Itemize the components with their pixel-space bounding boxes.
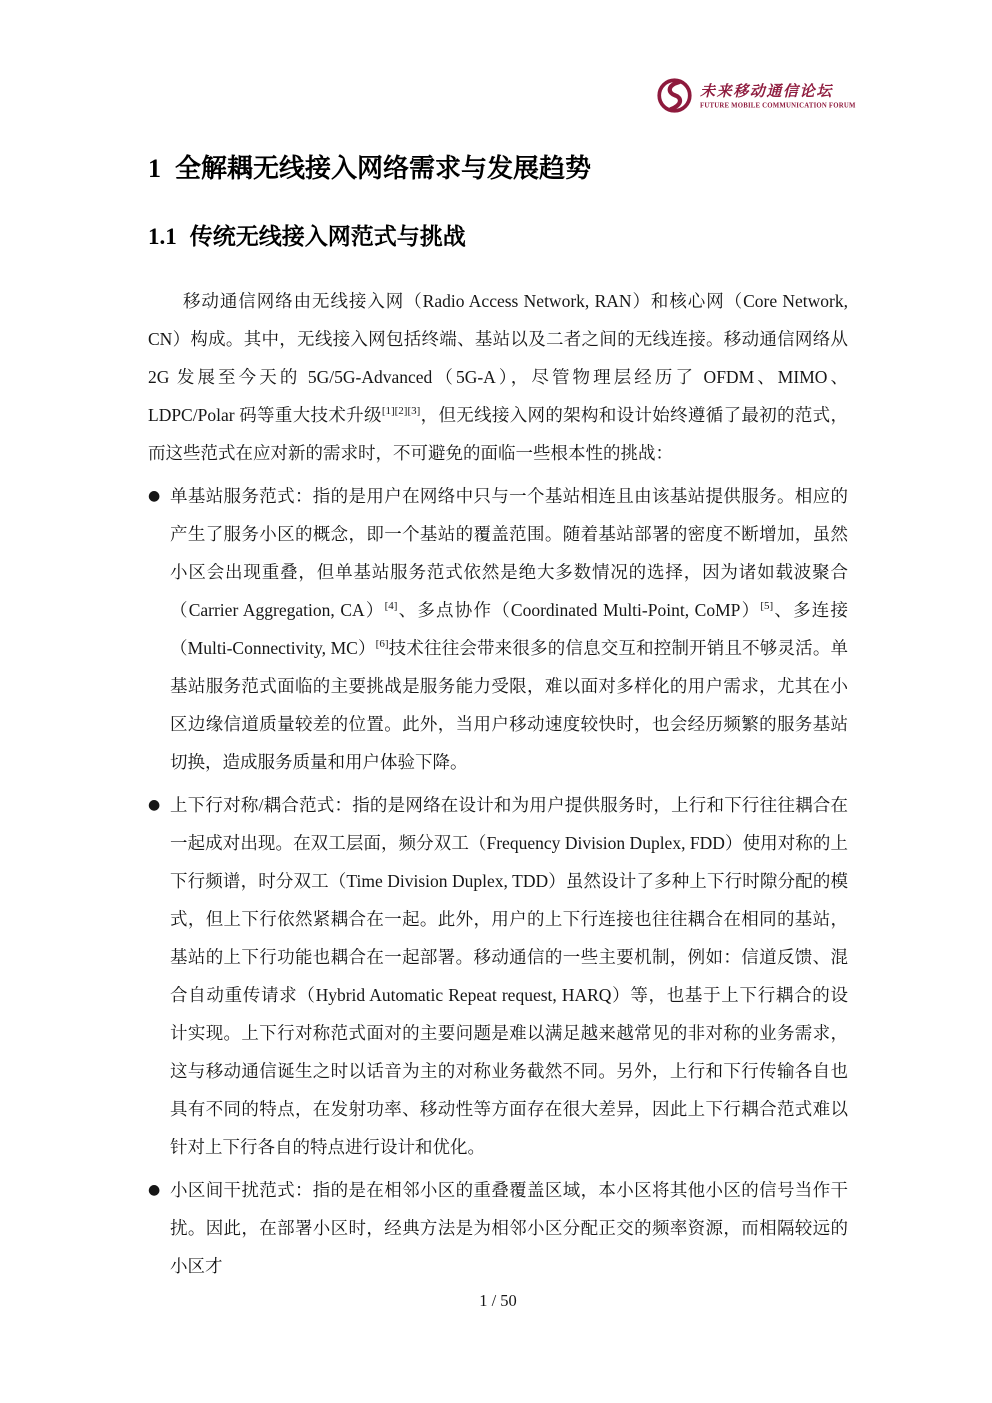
page-content: 1全解耦无线接入网络需求与发展趋势 1.1传统无线接入网范式与挑战 移动通信网络… xyxy=(148,0,848,1285)
intro-paragraph: 移动通信网络由无线接入网（Radio Access Network, RAN）和… xyxy=(148,282,848,472)
bullet-item: ●上下行对称/耦合范式：指的是网络在设计和为用户提供服务时，上行和下行往往耦合在… xyxy=(148,786,848,1166)
bullet-text: 小区间干扰范式：指的是在相邻小区的重叠覆盖区域，本小区将其他小区的信号当作干扰。… xyxy=(170,1180,848,1276)
section-title: 全解耦无线接入网络需求与发展趋势 xyxy=(175,154,591,183)
document-page: 未来移动通信论坛 FUTURE MOBILE COMMUNICATION FOR… xyxy=(0,0,992,1403)
section-number: 1 xyxy=(148,154,161,183)
citation-ref: [4] xyxy=(385,600,398,612)
bullet-marker: ● xyxy=(148,786,160,824)
citation-ref: [5] xyxy=(760,600,773,612)
bullet-item: ●小区间干扰范式：指的是在相邻小区的重叠覆盖区域，本小区将其他小区的信号当作干扰… xyxy=(148,1171,848,1285)
bullet-marker: ● xyxy=(148,1171,160,1209)
section-heading: 1全解耦无线接入网络需求与发展趋势 xyxy=(148,152,848,186)
bullet-text: 单基站服务范式：指的是用户在网络中只与一个基站相连且由该基站提供服务。相应的产生… xyxy=(170,486,848,772)
page-number: 1 / 50 xyxy=(148,1291,848,1311)
bullet-text: 上下行对称/耦合范式：指的是网络在设计和为用户提供服务时，上行和下行往往耦合在一… xyxy=(170,795,848,1157)
subsection-title: 传统无线接入网范式与挑战 xyxy=(190,224,466,249)
text-run: 上下行对称/耦合范式：指的是网络在设计和为用户提供服务时，上行和下行往往耦合在一… xyxy=(170,795,848,1157)
text-run: 、多点协作（Coordinated Multi-Point, CoMP） xyxy=(397,600,760,620)
challenge-bullet-list: ●单基站服务范式：指的是用户在网络中只与一个基站相连且由该基站提供服务。相应的产… xyxy=(148,477,848,1285)
citation-ref: [6] xyxy=(376,638,389,650)
citation-ref: [1][2][3] xyxy=(382,405,420,417)
text-run: 小区间干扰范式：指的是在相邻小区的重叠覆盖区域，本小区将其他小区的信号当作干扰。… xyxy=(170,1180,848,1276)
subsection-number: 1.1 xyxy=(148,224,177,249)
text-run: 技术往往会带来很多的信息交互和控制开销且不够灵活。单基站服务范式面临的主要挑战是… xyxy=(170,638,848,772)
bullet-item: ●单基站服务范式：指的是用户在网络中只与一个基站相连且由该基站提供服务。相应的产… xyxy=(148,477,848,781)
bullet-marker: ● xyxy=(148,477,160,515)
subsection-heading: 1.1传统无线接入网范式与挑战 xyxy=(148,222,848,252)
